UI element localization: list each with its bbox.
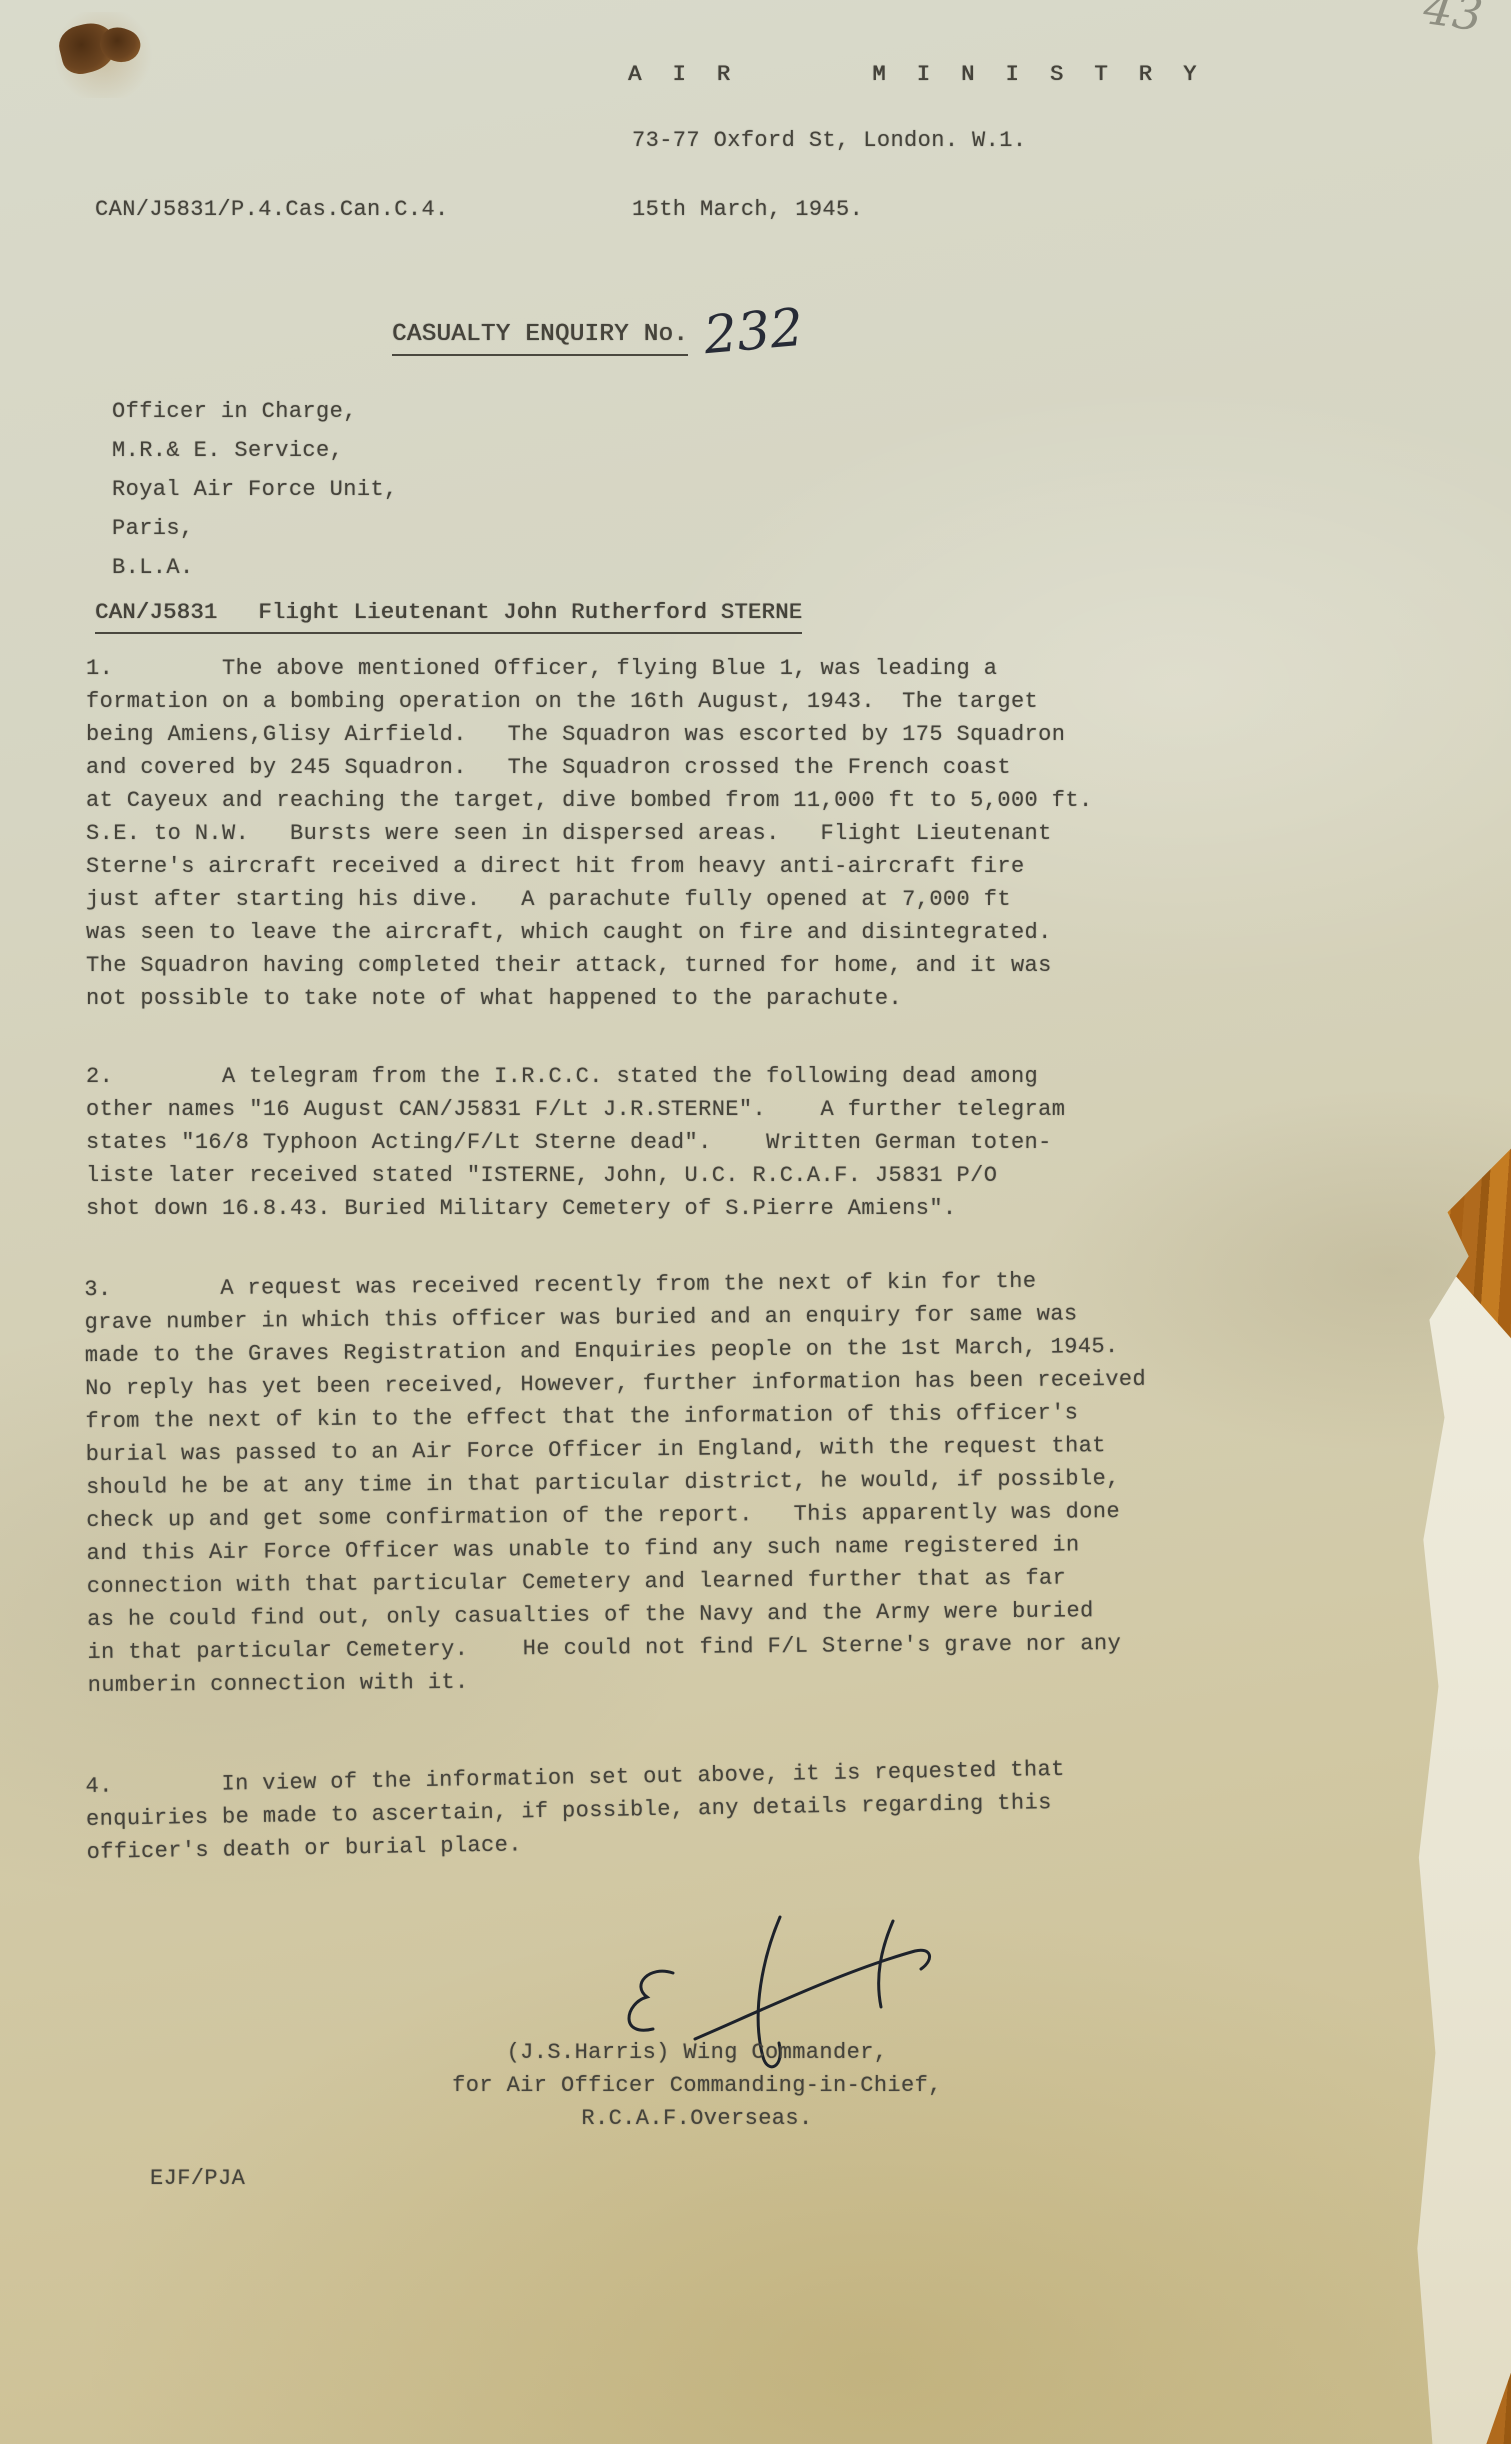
recipient-line: M.R.& E. Service,: [112, 431, 398, 470]
letter-paper: 43 A I R M I N I S T R Y 73-77 Oxford St…: [0, 0, 1511, 2444]
enquiry-title-row: CASUALTY ENQUIRY No. 232: [392, 318, 803, 356]
enquiry-number-handwritten: 232: [702, 304, 805, 360]
paragraph-3: 3. A request was received recently from …: [84, 1263, 1248, 1702]
paragraph-2: 2. A telegram from the I.R.C.C. stated t…: [86, 1060, 1226, 1225]
recipient-line: Officer in Charge,: [112, 392, 398, 431]
enquiry-title: CASUALTY ENQUIRY No.: [392, 318, 688, 356]
scanned-letter-page: 43 A I R M I N I S T R Y 73-77 Oxford St…: [0, 0, 1511, 2444]
signatory-organisation: R.C.A.F.Overseas.: [452, 2102, 942, 2135]
typist-initials: EJF/PJA: [150, 2162, 245, 2195]
letter-date: 15th March, 1945.: [632, 193, 863, 226]
ministry-letterhead: A I R M I N I S T R Y: [628, 58, 1205, 91]
ministry-address: 73-77 Oxford St, London. W.1.: [632, 124, 1026, 157]
paragraph-4: 4. In view of the information set out ab…: [85, 1750, 1227, 1869]
paragraph-1: 1. The above mentioned Officer, flying B…: [86, 652, 1226, 1015]
recipient-line: Royal Air Force Unit,: [112, 470, 398, 509]
recipient-line: B.L.A.: [112, 548, 398, 587]
signature-block: (J.S.Harris) Wing Commander, for Air Off…: [452, 2036, 942, 2135]
signatory-name: (J.S.Harris) Wing Commander,: [452, 2036, 942, 2069]
recipient-line: Paris,: [112, 509, 398, 548]
signatory-for: for Air Officer Commanding-in-Chief,: [452, 2069, 942, 2102]
file-reference: CAN/J5831/P.4.Cas.Can.C.4.: [95, 193, 449, 226]
recipient-address: Officer in Charge, M.R.& E. Service, Roy…: [112, 392, 398, 587]
pencil-page-number: 43: [1421, 0, 1486, 42]
subject-line: CAN/J5831 Flight Lieutenant John Rutherf…: [95, 596, 802, 634]
